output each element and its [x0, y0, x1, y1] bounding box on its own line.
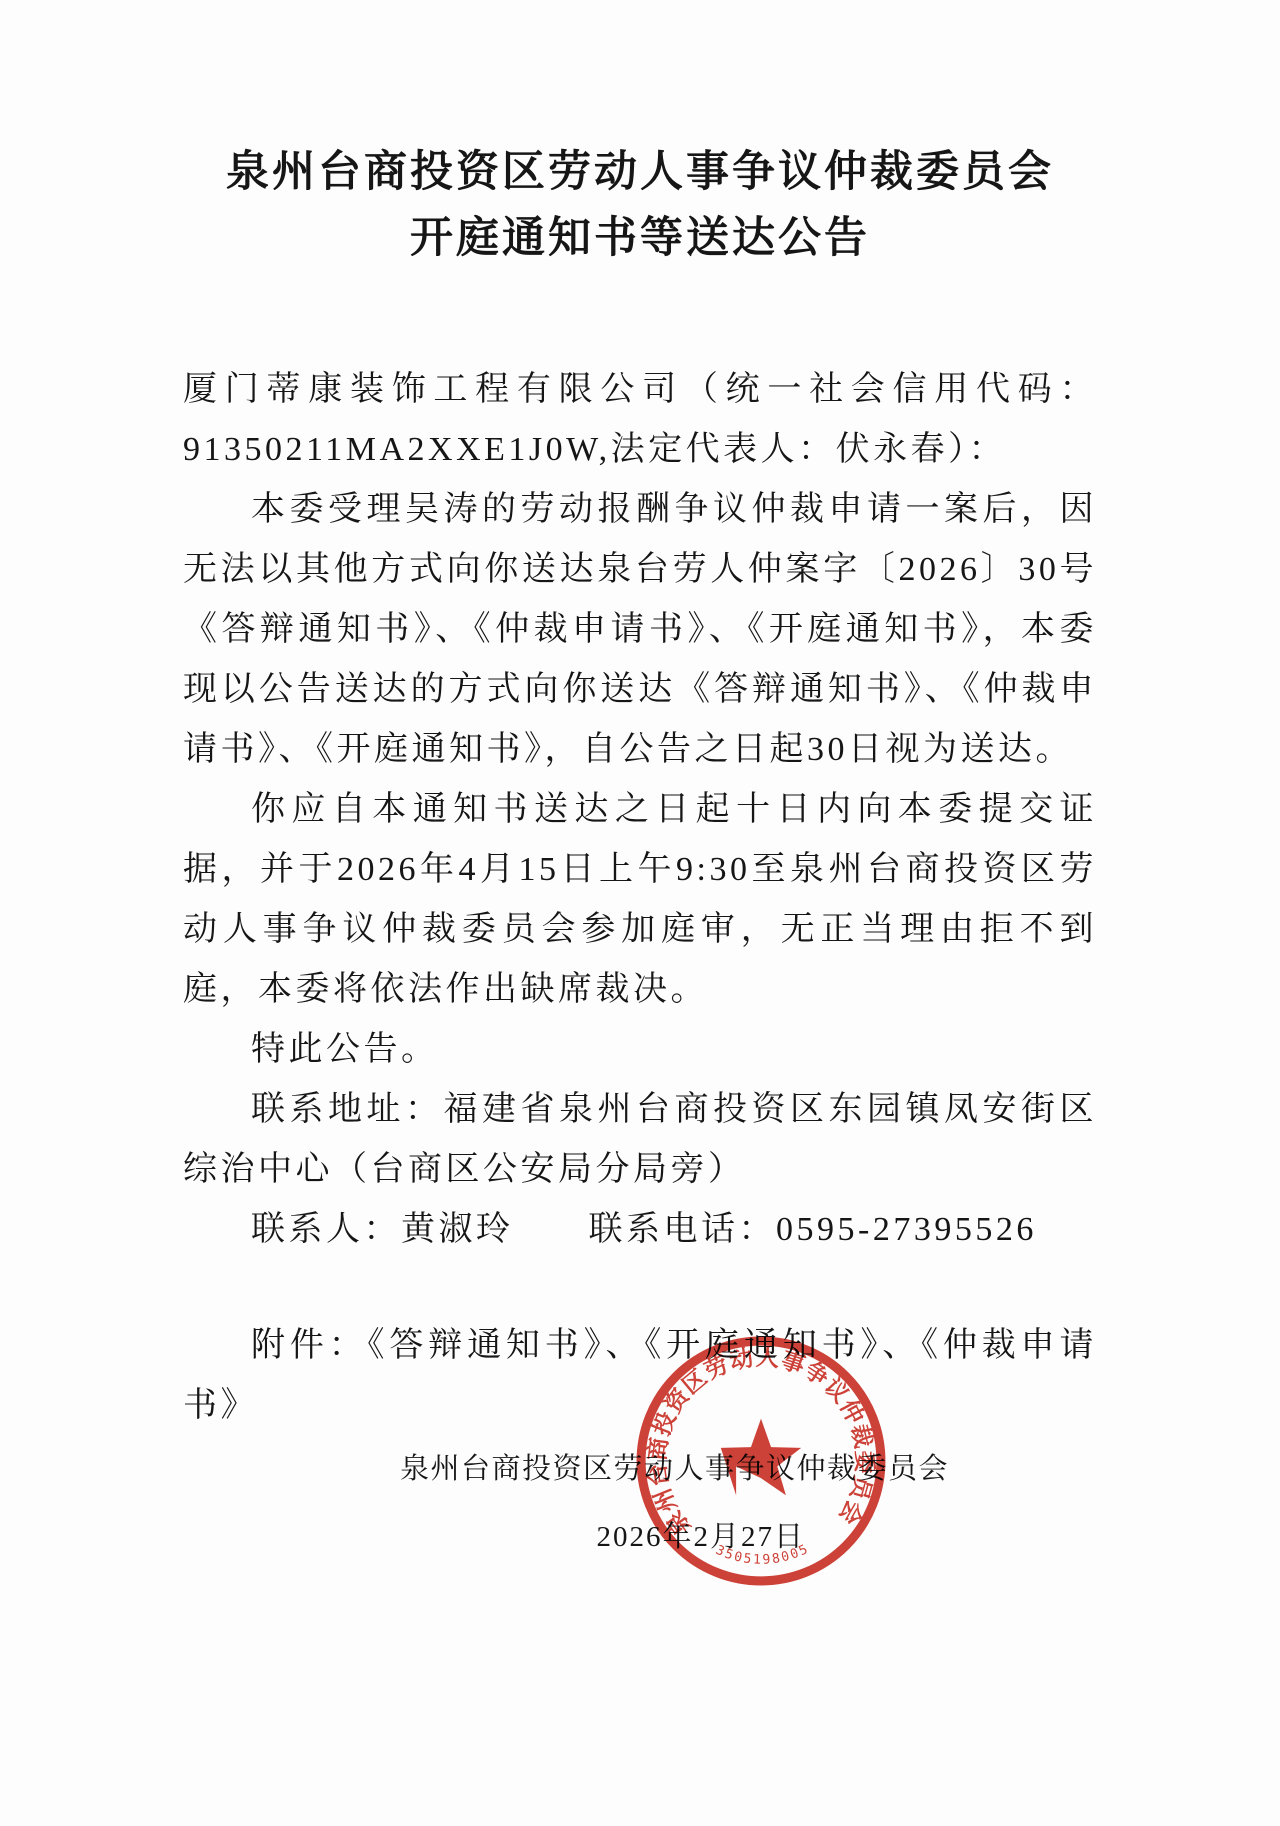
- title-line-2: 开庭通知书等送达公告: [183, 206, 1097, 272]
- recipient-paragraph: 厦门蒂康装饰工程有限公司（统一社会信用代码：91350211MA2XXE1J0W…: [183, 360, 1097, 480]
- title-line-1: 泉州台商投资区劳动人事争议仲裁委员会: [183, 140, 1097, 206]
- contact-address: 联系地址：福建省泉州台商投资区东园镇凤安街区综治中心（台商区公安局分局旁）: [183, 1080, 1097, 1200]
- issue-date: 2026年2月27日: [183, 1506, 805, 1568]
- contact-person: 联系人：黄淑玲 联系电话：0595-27395526: [183, 1200, 1097, 1260]
- document-body: 厦门蒂康装饰工程有限公司（统一社会信用代码：91350211MA2XXE1J0W…: [183, 360, 1097, 1436]
- attachment-list: 附件：《答辩通知书》、《开庭通知书》、《仲裁申请书》: [183, 1316, 1097, 1436]
- hearing-paragraph: 你应自本通知书送达之日起十日内向本委提交证据，并于2026年4月15日上午9:3…: [183, 780, 1097, 1020]
- case-paragraph: 本委受理吴涛的劳动报酬争议仲裁申请一案后，因无法以其他方式向你送达泉台劳人仲案字…: [183, 480, 1097, 780]
- closing-paragraph: 特此公告。: [183, 1020, 1097, 1080]
- issuer-signature: 泉州台商投资区劳动人事争议仲裁委员会: [183, 1438, 949, 1500]
- announcement-page: 泉州台商投资区劳动人事争议仲裁委员会 开庭通知书等送达公告 厦门蒂康装饰工程有限…: [0, 0, 1280, 1826]
- page-title: 泉州台商投资区劳动人事争议仲裁委员会 开庭通知书等送达公告: [183, 140, 1097, 272]
